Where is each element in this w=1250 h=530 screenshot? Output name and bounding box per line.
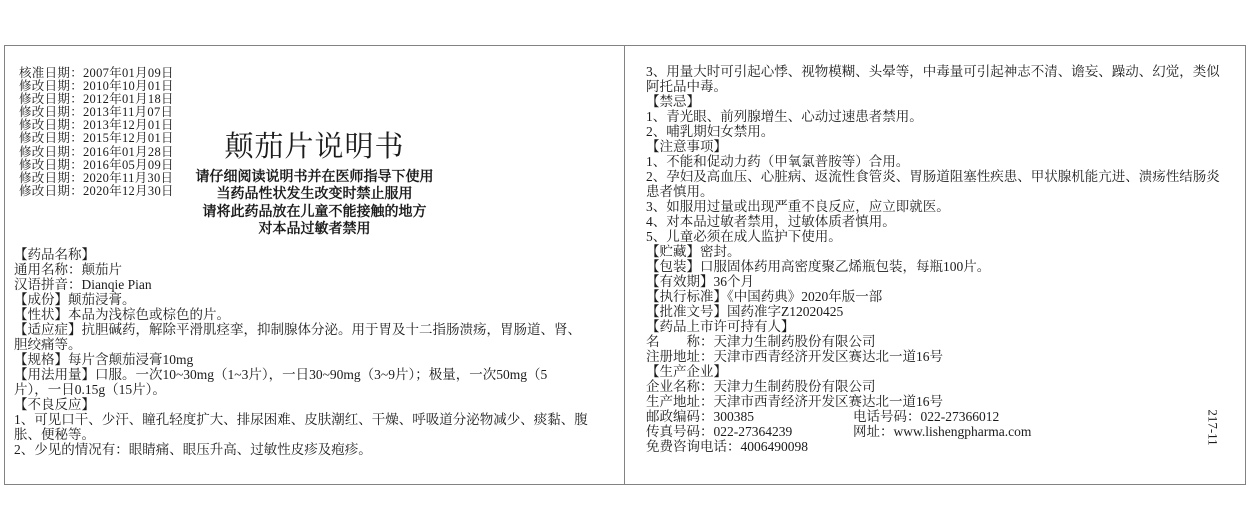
- text-line: 【贮藏】密封。: [646, 244, 1244, 259]
- contact-left: 邮政编码：300385: [646, 409, 853, 424]
- text-line: 【包装】口服固体药用高密度聚乙烯瓶包装，每瓶100片。: [646, 259, 1244, 274]
- text-line: 1、青光眼、前列腺增生、心动过速患者禁用。: [646, 109, 1244, 124]
- title-block: 颠茄片说明书 请仔细阅读说明书并在医师指导下使用 当药品性状发生改变时禁止服用 …: [5, 131, 624, 237]
- text-line: 通用名称：颠茄片: [14, 262, 620, 277]
- contact-right: 网址：www.lishengpharma.com: [853, 424, 1031, 439]
- text-line: 2、孕妇及高血压、心脏病、返流性食管炎、胃肠道阻塞性疾患、甲状腺机能亢进、溃疡性…: [646, 169, 1244, 184]
- warning-line: 请将此药品放在儿童不能接触的地方: [5, 203, 624, 220]
- text-line: 1、不能和促动力药（甲氧氯普胺等）合用。: [646, 154, 1244, 169]
- edition-code: 217-11: [1206, 404, 1221, 452]
- text-line: 名 称：天津力生制药股份有限公司: [646, 334, 1244, 349]
- warning-line: 对本品过敏者禁用: [5, 220, 624, 237]
- text-line: 生产地址：天津市西青经济开发区赛达北一道16号: [646, 394, 1244, 409]
- text-line: 5、儿童必须在成人监护下使用。: [646, 229, 1244, 244]
- text-line: 2、哺乳期妇女禁用。: [646, 124, 1244, 139]
- text-line: 【禁忌】: [646, 94, 1244, 109]
- text-line: 4、对本品过敏者禁用，过敏体质者慎用。: [646, 214, 1244, 229]
- text-line: 【有效期】36个月: [646, 274, 1244, 289]
- right-column-lines: 3、用量大时可引起心悸、视物模糊、头晕等，中毒量可引起神志不清、谵妄、躁动、幻觉…: [646, 64, 1244, 409]
- text-line: 【药品上市许可持有人】: [646, 319, 1244, 334]
- text-line: 汉语拼音：Dianqie Pian: [14, 277, 620, 292]
- text-line: 【成份】颠茄浸膏。: [14, 292, 620, 307]
- text-line: 片），一日0.15g（15片）。: [14, 382, 620, 397]
- column-divider: [624, 46, 625, 484]
- right-column: 3、用量大时可引起心悸、视物模糊、头晕等，中毒量可引起神志不清、谵妄、躁动、幻觉…: [646, 64, 1244, 454]
- hotline-line: 免费咨询电话：4006490098: [646, 439, 1244, 454]
- warning-lines: 请仔细阅读说明书并在医师指导下使用 当药品性状发生改变时禁止服用 请将此药品放在…: [5, 168, 624, 237]
- contact-left: 传真号码：022-27364239: [646, 424, 853, 439]
- text-line: 阿托品中毒。: [646, 79, 1244, 94]
- text-line: 胀、便秘等。: [14, 427, 620, 442]
- text-line: 【药品名称】: [14, 247, 620, 262]
- text-line: 【适应症】抗胆碱药，解除平滑肌痉挛，抑制腺体分泌。用于胃及十二指肠溃疡，胃肠道、…: [14, 322, 620, 337]
- text-line: 【不良反应】: [14, 397, 620, 412]
- text-line: 3、如服用过量或出现严重不良反应，应立即就医。: [646, 199, 1244, 214]
- text-line: 【规格】每片含颠茄浸膏10mg: [14, 352, 620, 367]
- contact-row: 传真号码：022-27364239 网址：www.lishengpharma.c…: [646, 424, 1244, 439]
- insert-sheet: 核准日期：2007年01月09日 修改日期：2010年10月01日 修改日期：2…: [4, 45, 1246, 485]
- left-column: 【药品名称】 通用名称：颠茄片 汉语拼音：Dianqie Pian 【成份】颠茄…: [14, 247, 620, 457]
- text-line: 胆绞痛等。: [14, 337, 620, 352]
- contact-right: 电话号码：022-27366012: [853, 409, 999, 424]
- text-line: 注册地址：天津市西青经济开发区赛达北一道16号: [646, 349, 1244, 364]
- text-line: 2、少见的情况有：眼睛痛、眼压升高、过敏性皮疹及疱疹。: [14, 442, 620, 457]
- text-line: 【批准文号】国药准字Z12020425: [646, 304, 1244, 319]
- text-line: 【生产企业】: [646, 364, 1244, 379]
- text-line: 【执行标准】《中国药典》2020年版一部: [646, 289, 1244, 304]
- text-line: 【注意事项】: [646, 139, 1244, 154]
- text-line: 企业名称：天津力生制药股份有限公司: [646, 379, 1244, 394]
- warning-line: 请仔细阅读说明书并在医师指导下使用: [5, 168, 624, 185]
- warning-line: 当药品性状发生改变时禁止服用: [5, 185, 624, 202]
- contact-row: 邮政编码：300385 电话号码：022-27366012: [646, 409, 1244, 424]
- insert-title: 颠茄片说明书: [5, 131, 624, 163]
- text-line: 【用法用量】口服。一次10~30mg（1~3片），一日30~90mg（3~9片）…: [14, 367, 620, 382]
- text-line: 【性状】本品为浅棕色或棕色的片。: [14, 307, 620, 322]
- page-background: 核准日期：2007年01月09日 修改日期：2010年10月01日 修改日期：2…: [0, 0, 1250, 530]
- text-line: 患者慎用。: [646, 184, 1244, 199]
- text-line: 3、用量大时可引起心悸、视物模糊、头晕等，中毒量可引起神志不清、谵妄、躁动、幻觉…: [646, 64, 1244, 79]
- contact-rows: 邮政编码：300385 电话号码：022-27366012 传真号码：022-2…: [646, 409, 1244, 439]
- text-line: 1、可见口干、少汗、瞳孔轻度扩大、排尿困难、皮肤潮红、干燥、呼吸道分泌物减少、痰…: [14, 412, 620, 427]
